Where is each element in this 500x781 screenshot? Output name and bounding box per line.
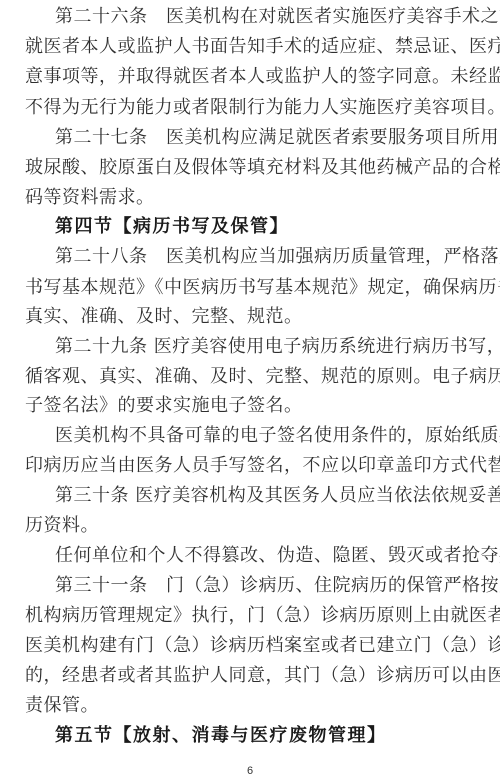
article-26-line-2: 就医者本人或监护人书面告知手术的适应症、禁忌证、医疗风险和注: [25, 32, 477, 62]
page-number: 6: [0, 765, 500, 777]
article-29-line-1: 第二十九条 医疗美容使用电子病历系统进行病历书写，应当遵: [55, 332, 477, 362]
article-26-line-3: 意事项等，并取得就医者本人或监护人的签字同意。未经监护人同意，: [25, 62, 477, 92]
section-4-heading: 第四节【病历书写及保管】: [55, 212, 477, 242]
article-27-line-1: 第二十七条 医美机构应满足就医者索要服务项目所用肉毒素、: [55, 123, 477, 153]
article-27-line-3: 码等资料需求。: [25, 183, 477, 213]
article-30-line-1: 第三十条 医疗美容机构及其医务人员应当依法依规妥善保管病: [55, 481, 477, 511]
signature-paragraph-line-1: 医美机构不具备可靠的电子签名使用条件的，原始纸质病历、打: [55, 421, 477, 451]
signature-paragraph-line-2: 印病历应当由医务人员手写签名，不应以印章盖印方式代替。: [25, 451, 477, 481]
article-31-line-2: 机构病历管理规定》执行，门（急）诊病历原则上由就医者负责保管。: [25, 601, 477, 631]
article-28-line-3: 真实、准确、及时、完整、规范。: [25, 302, 477, 332]
article-31-line-4: 的，经患者或者其监护人同意，其门（急）诊病历可以由医疗机构负: [25, 661, 477, 691]
article-31-line-5: 责保管。: [25, 691, 477, 721]
article-31-line-1: 第三十一条 门（急）诊病历、住院病历的保管严格按照《医疗: [55, 571, 477, 601]
article-29-line-2: 循客观、真实、准确、及时、完整、规范的原则。电子病历应按照《电: [25, 362, 477, 392]
article-29-line-3: 子签名法》的要求实施电子签名。: [25, 391, 477, 421]
article-28-line-1: 第二十八条 医美机构应当加强病历质量管理，严格落实《病历: [55, 242, 477, 272]
article-31-line-3: 医美机构建有门（急）诊病历档案室或者已建立门（急）诊电子病历: [25, 631, 477, 661]
article-26-line-4: 不得为无行为能力或者限制行为能力人实施医疗美容项目。: [25, 93, 477, 123]
no-tampering-paragraph: 任何单位和个人不得篡改、伪造、隐匿、毁灭或者抢夺病历资料。: [55, 541, 477, 571]
article-27-line-2: 玻尿酸、胶原蛋白及假体等填充材料及其他药械产品的合格证、溯源: [25, 153, 477, 183]
article-26-line-1: 第二十六条 医美机构在对就医者实施医疗美容手术之前，须向: [55, 2, 477, 32]
article-28-line-2: 书写基本规范》《中医病历书写基本规范》规定，确保病历书写客观、: [25, 273, 477, 303]
document-page: 第二十六条 医美机构在对就医者实施医疗美容手术之前，须向 就医者本人或监护人书面…: [0, 0, 500, 781]
article-30-line-2: 历资料。: [25, 511, 477, 541]
section-5-heading: 第五节【放射、消毒与医疗废物管理】: [55, 721, 477, 751]
